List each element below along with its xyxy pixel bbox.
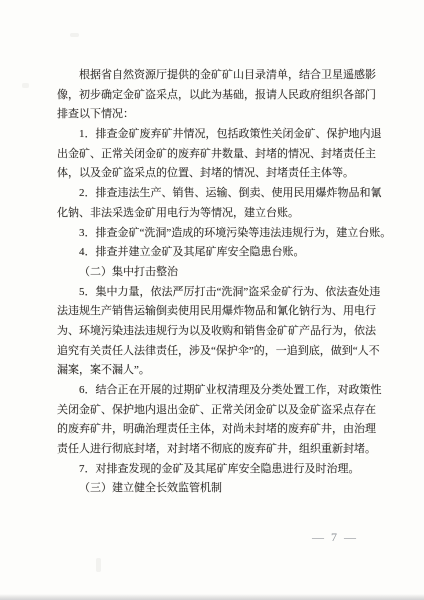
text-line: 4．排查并建立金矿及其尾矿库安全隐患台账。	[57, 243, 378, 263]
text-line: 关闭金矿、保护地内退出金矿、正常关闭金矿以及金矿盗采点存在	[57, 401, 378, 421]
text-line: （三）建立健全长效监管机制	[57, 479, 378, 499]
text-line: 7．对排查发现的金矿及其尾矿库安全隐患进行及时治理。	[57, 460, 378, 480]
text-line: 漏案，案不漏人”。	[57, 361, 378, 381]
scan-artifact	[70, 33, 79, 37]
scan-artifact	[22, 83, 29, 88]
text-line: 根据省自然资源厅提供的金矿矿山目录清单，结合卫星遥感影	[57, 66, 378, 86]
text-line: 1．排查金矿废弃矿井情况，包括政策性关闭金矿、保护地内退	[57, 125, 378, 145]
page-number: — 7 —	[312, 530, 358, 545]
text-line: 的废弃矿井，明确治理责任主体，对尚未封堵的废弃矿井，由治理	[57, 420, 378, 440]
text-line: 化钠、非法采选金矿用电行为等情况，建立台账。	[57, 204, 378, 224]
text-line: 排查以下情况：	[57, 105, 378, 125]
text-line: 像，初步确定金矿盗采点，以此为基础，报请人民政府组织各部门	[57, 86, 378, 106]
text-line: 责任人进行彻底封堵，对封堵不彻底的废弃矿井，组织重新封堵。	[57, 440, 378, 460]
scan-artifact	[96, 558, 101, 572]
text-line: 3．排查金矿“洗洞”造成的环境污染等违法违规行为，建立台账。	[57, 224, 378, 244]
text-line: 2．排查违法生产、销售、运输、倒卖、使用民用爆炸物品和氰	[57, 184, 378, 204]
text-line: 为、环境污染违法违规行为以及收购和销售金矿矿产品行为，依法	[57, 322, 378, 342]
text-line: 法违规生产销售运输倒卖使用民用爆炸物品和氰化钠行为、用电行	[57, 302, 378, 322]
text-line: 6．结合正在开展的过期矿业权清理及分类处置工作，对政策性	[57, 381, 378, 401]
document-page: 根据省自然资源厅提供的金矿矿山目录清单，结合卫星遥感影像，初步确定金矿盗采点，以…	[0, 0, 424, 600]
text-line: 追究有关责任人法律责任，涉及“保护伞”的，一追到底，做到“人不	[57, 342, 378, 362]
scan-edge	[0, 594, 424, 600]
text-line: 出金矿、正常关闭金矿的废弃矿井数量、封堵的情况、封堵责任主	[57, 145, 378, 165]
text-line: （二）集中打击整治	[57, 263, 378, 283]
text-line: 5．集中力量，依法严厉打击“洗洞”盗采金矿行为、依法查处违	[57, 283, 378, 303]
document-body: 根据省自然资源厅提供的金矿矿山目录清单，结合卫星遥感影像，初步确定金矿盗采点，以…	[57, 66, 378, 499]
text-line: 体，以及金矿盗采点的位置、封堵的情况、封堵责任主体等。	[57, 164, 378, 184]
